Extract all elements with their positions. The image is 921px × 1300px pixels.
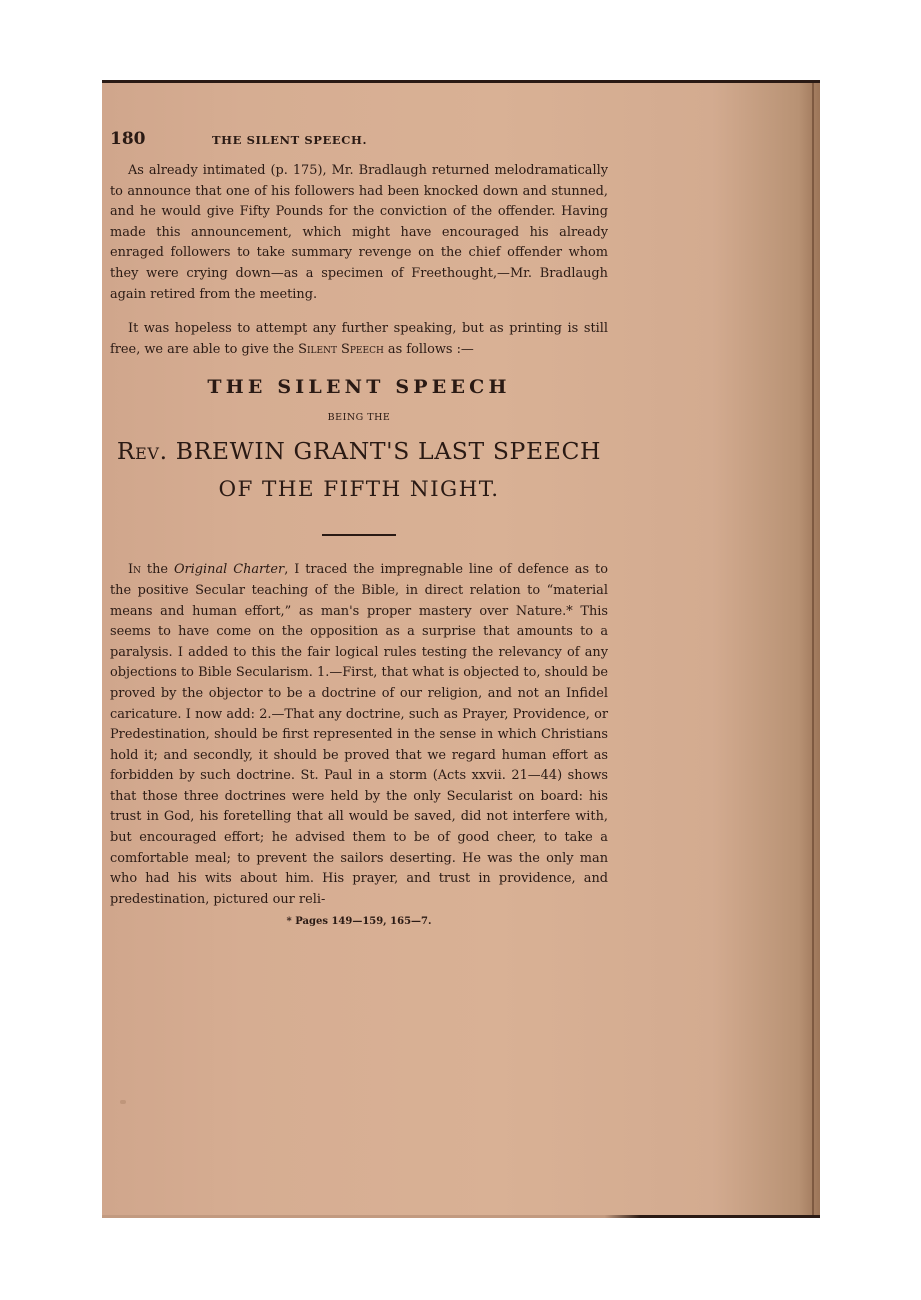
page-number: 180 bbox=[110, 129, 212, 149]
speech-lead-text: the bbox=[141, 562, 174, 577]
heading-fifth-night: OF THE FIFTH NIGHT. bbox=[110, 474, 608, 506]
heading-silent-speech: THE SILENT SPEECH bbox=[110, 372, 608, 402]
transition-text-end: as follows :— bbox=[384, 342, 474, 357]
heading-rule bbox=[322, 534, 396, 536]
running-head: 180 THE SILENT SPEECH. bbox=[110, 129, 608, 151]
heading-being-the: BEING THE bbox=[110, 410, 608, 426]
heading-grant-line: Rev. BREWIN GRANT'S LAST SPEECH bbox=[110, 434, 608, 468]
original-charter-italic: Original Charter bbox=[174, 562, 284, 577]
silent-speech-smallcaps: Silent Speech bbox=[298, 342, 384, 357]
heading-grant-text: BREWIN GRANT'S LAST SPEECH bbox=[168, 437, 601, 465]
transition-paragraph: It was hopeless to attempt any further s… bbox=[110, 319, 608, 360]
intro-paragraph: As already intimated (p. 175), Mr. Bradl… bbox=[110, 161, 608, 305]
heading-rev: Rev. bbox=[117, 437, 168, 465]
paper-smudge bbox=[120, 1100, 126, 1104]
page-content: 180 THE SILENT SPEECH. As already intima… bbox=[110, 129, 608, 927]
speech-paragraph: In the Original Charter, I traced the im… bbox=[110, 560, 608, 910]
speech-heading: THE SILENT SPEECH BEING THE Rev. BREWIN … bbox=[110, 372, 608, 536]
running-title: THE SILENT SPEECH. bbox=[212, 133, 367, 147]
speech-lead-smallcaps: In bbox=[128, 562, 141, 577]
speech-body-text: , I traced the impregnable line of defen… bbox=[110, 562, 608, 907]
page-bottom-edge bbox=[102, 1215, 820, 1218]
footnote: * Pages 149—159, 165—7. bbox=[110, 916, 608, 927]
